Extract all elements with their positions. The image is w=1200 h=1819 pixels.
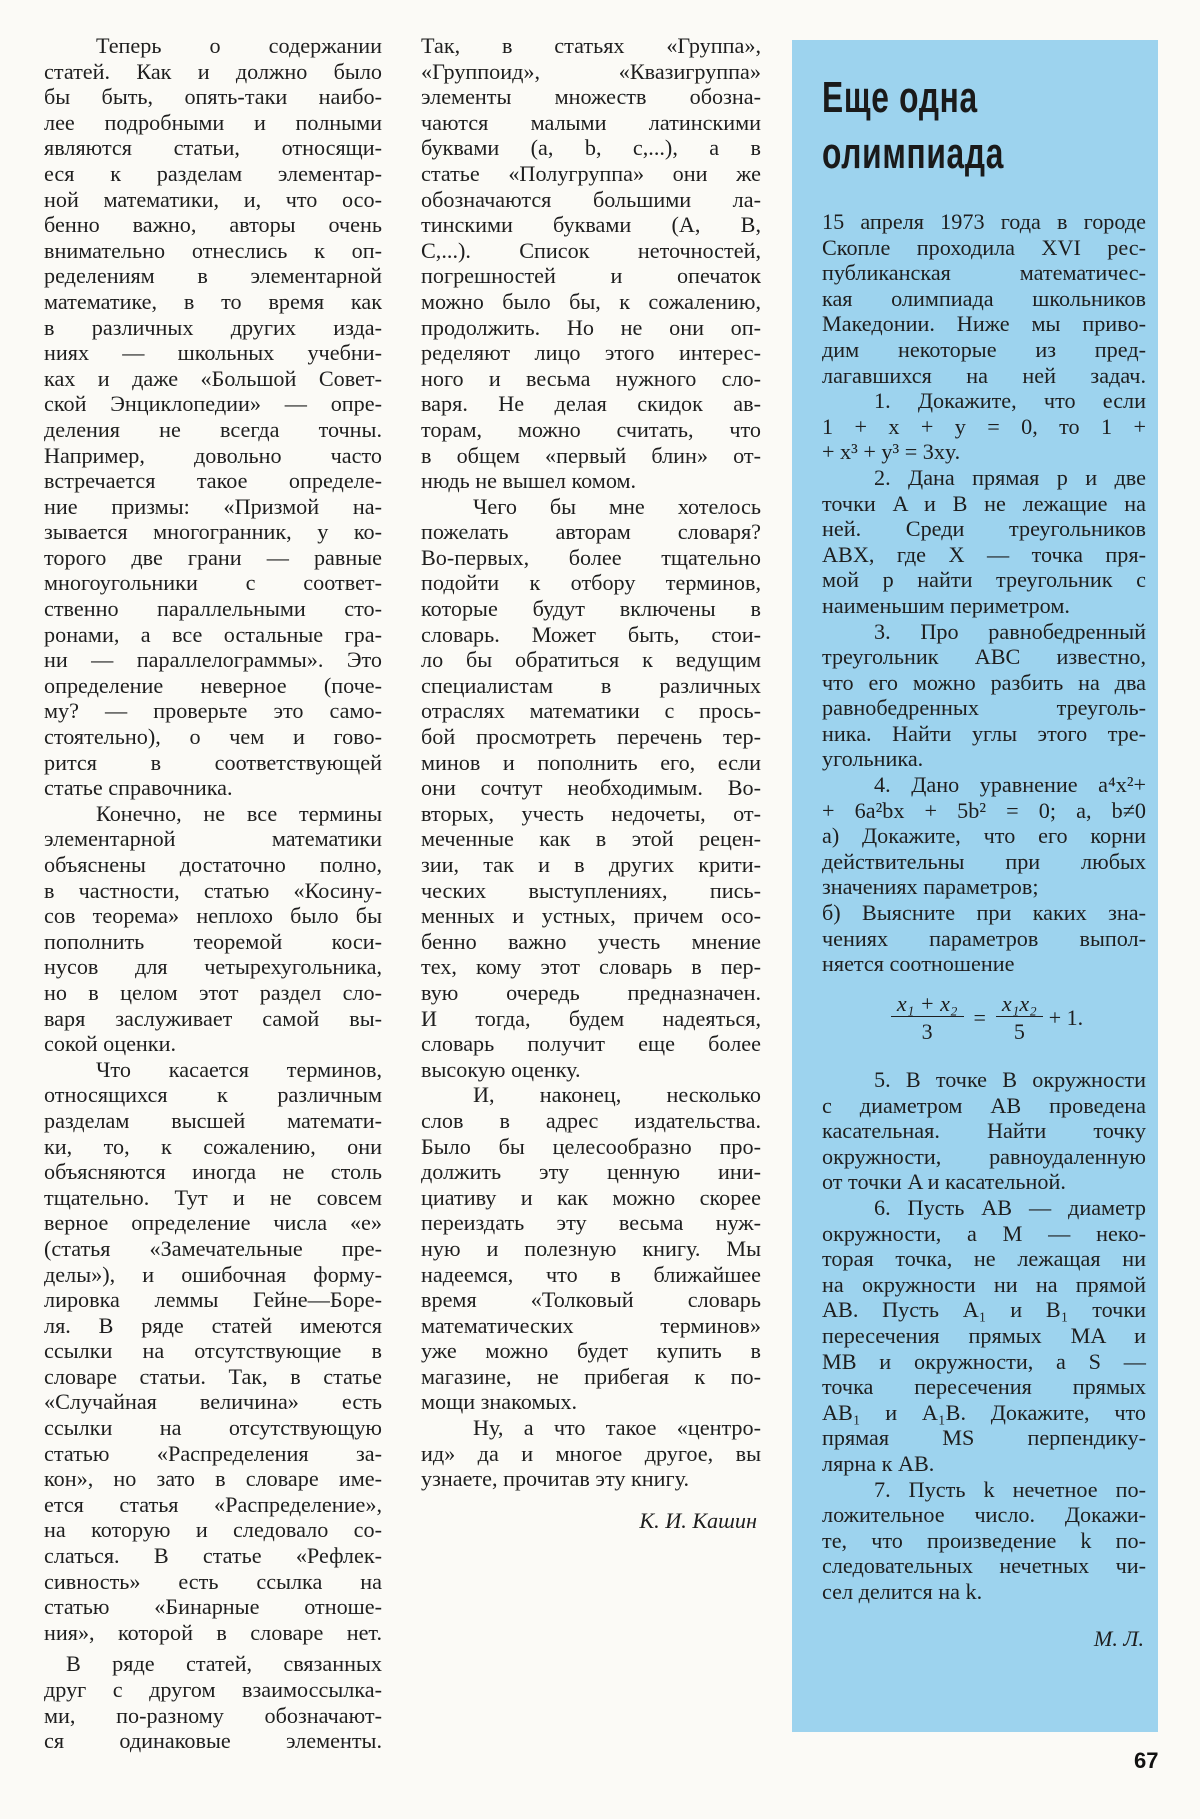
text-line: C,...). Список неточностей, (421, 238, 761, 264)
text-line: ределениям в элементарной (44, 263, 382, 289)
text-line: на окружности ни на прямой (822, 1272, 1146, 1298)
text-line: торая точка, не лежащая ни (822, 1246, 1146, 1272)
text-line: должить эту ценную ини- (421, 1159, 761, 1185)
text-line: бенно важно, авторы очень (44, 212, 382, 238)
formula-left-fraction: x₁ + x₂ 3 (891, 991, 964, 1045)
text-line: узнаете, прочитав эту книгу. (421, 1466, 761, 1492)
text-line: пожелать авторам словаря? (421, 519, 761, 545)
text-line: от точки A и касательной. (822, 1169, 1146, 1195)
text-line: Так, в статьях «Группа», (421, 33, 761, 59)
text-line: математических терминов» (421, 1313, 761, 1339)
text-line: б) Выясните при каких зна- (822, 900, 1146, 926)
text-line: слаться. В статье «Рефлек- (44, 1543, 382, 1569)
text-line: публиканская математичес- (822, 260, 1146, 286)
text-line: те, что произведение k по- (822, 1528, 1146, 1554)
text-line: треугольник ABC известно, (822, 644, 1146, 670)
text-line: статей. Как и должно было (44, 59, 382, 85)
text-line: ного и весьма нужного сло- (421, 366, 761, 392)
text-line: 3. Про равнобедренный (822, 619, 1146, 645)
text-line: действительны при любых (822, 849, 1146, 875)
text-line: минов и пополнить его, если (421, 750, 761, 776)
text-line: 7. Пусть k нечетное по- (822, 1477, 1146, 1503)
formula-right-numerator: x₁x₂ (996, 991, 1043, 1018)
text-line: пересечения прямых MA и (822, 1323, 1146, 1349)
problem-4-formula: x₁ + x₂ 3 = x₁x₂ 5 + 1. (822, 991, 1146, 1045)
text-line: вторых, учесть недочеты, от- (421, 801, 761, 827)
text-line: ческих выступлениях, пись- (421, 878, 761, 904)
text-line: окружности, равноудаленную (822, 1144, 1146, 1170)
text-line: ется статья «Распределение», (44, 1492, 382, 1518)
text-line: следовательных нечетных чи- (822, 1553, 1146, 1579)
text-line: ложительное число. Докажи- (822, 1502, 1146, 1528)
text-line: + x³ + y³ = 3xy. (822, 439, 1146, 465)
text-line: ную и полезную книгу. Мы (421, 1236, 761, 1262)
text-line: что его можно разбить на два (822, 670, 1146, 696)
text-line: + 6a²bx + 5b² = 0; a, b≠0 (822, 798, 1146, 824)
text-line: стоятельно), о чем и гово- (44, 724, 382, 750)
text-line: (статья «Замечательные пре- (44, 1236, 382, 1262)
text-line: вую очередь предназначен. (421, 980, 761, 1006)
text-line: 2. Дана прямая p и две (822, 465, 1146, 491)
text-line: ственно параллельными сто- (44, 596, 382, 622)
formula-left-denominator: 3 (922, 1017, 933, 1045)
text-line: друг с другом взаимоссылка- (44, 1677, 382, 1703)
text-line: разделам высшей математи- (44, 1108, 382, 1134)
formula-right-fraction: x₁x₂ 5 (996, 991, 1043, 1045)
text-line: значениях параметров; (822, 874, 1146, 900)
text-line: наименьшим периметром. (822, 593, 1146, 619)
text-line: еся к разделам элементар- (44, 161, 382, 187)
text-line: угольника. (822, 746, 1146, 772)
text-line: торого две грани — равные (44, 545, 382, 571)
text-line: Македонии. Ниже мы приво- (822, 311, 1146, 337)
text-line: И, наконец, несколько (421, 1082, 761, 1108)
formula-right-denominator: 5 (1014, 1017, 1025, 1045)
text-line: Ну, а что такое «центро- (421, 1415, 761, 1441)
sidebar-title: Еще одна олимпиада (822, 70, 1004, 182)
text-line: подойти к отбору терминов, (421, 570, 761, 596)
text-line: точки A и B не лежащие на (822, 491, 1146, 517)
text-line: варя. Не делая скидок ав- (421, 391, 761, 417)
text-line: тех, кому этот словарь в пер- (421, 954, 761, 980)
text-line: ках и даже «Большой Совет- (44, 366, 382, 392)
text-line: ние призмы: «Призмой на- (44, 494, 382, 520)
text-line: с диаметром AB проведена (822, 1093, 1146, 1119)
text-line: ни — параллелограммы». Это (44, 647, 382, 673)
text-line: «Группоид», «Квазигруппа» (421, 59, 761, 85)
text-line: менных и устных, причем осо- (421, 903, 761, 929)
text-line: кон», но зато в словаре име- (44, 1466, 382, 1492)
text-line: сокой оценки. (44, 1031, 382, 1057)
formula-equals: = (974, 1005, 986, 1031)
text-line: магазине, не прибегая к по- (421, 1364, 761, 1390)
text-line: бенно важно учесть мнение (421, 929, 761, 955)
text-line: отраслях математики с прось- (421, 698, 761, 724)
text-line: му? — проверьте это само- (44, 698, 382, 724)
text-line: буквами (a, b, c,...), а в (421, 135, 761, 161)
text-line: внимательно отнеслись к оп- (44, 238, 382, 264)
text-line: ABX, где X — точка пря- (822, 542, 1146, 568)
text-line: равнобедренных треуголь- (822, 695, 1146, 721)
text-line: 6. Пусть AB — диаметр (822, 1195, 1146, 1221)
text-line: относящихся к различным (44, 1082, 382, 1108)
sidebar-title-line-1: Еще одна (822, 70, 1004, 126)
text-line: AB. Пусть A₁ и B₁ точки (822, 1297, 1146, 1323)
sidebar-signature: М. Л. (822, 1626, 1146, 1652)
text-line: рится в соответствующей (44, 750, 382, 776)
text-line: В ряде статей, связанных (44, 1651, 382, 1677)
text-line: точка пересечения прямых (822, 1374, 1146, 1400)
text-line: но в целом этот раздел сло- (44, 980, 382, 1006)
text-line: зии, так и в других крити- (421, 852, 761, 878)
text-line: 1. Докажите, что если (822, 388, 1146, 414)
text-line: надеемся, что в ближайшее (421, 1262, 761, 1288)
text-line: AB₁ и A₁B. Докажите, что (822, 1400, 1146, 1426)
text-line: которые будут включены в (421, 596, 761, 622)
text-line: ной математики, и, что осо- (44, 187, 382, 213)
text-line: ло бы обратиться к ведущим (421, 647, 761, 673)
text-line: уже можно будет купить в (421, 1338, 761, 1364)
text-line: бой просмотреть перечень тер- (421, 724, 761, 750)
text-line: Чего бы мне хотелось (421, 494, 761, 520)
text-line: ника. Найти углы этого тре- (822, 721, 1146, 747)
text-line: ской Энциклопедии» — опре- (44, 391, 382, 417)
text-line: 4. Дано уравнение a⁴x²+ (822, 772, 1146, 798)
text-line: слов в адрес издательства. (421, 1108, 761, 1134)
text-line: встречается такое определе- (44, 468, 382, 494)
text-line: лее подробными и полными (44, 110, 382, 136)
page-number: 67 (1134, 1748, 1158, 1774)
text-line: лярна к AB. (822, 1451, 1146, 1477)
text-line: ки, то, к сожалению, они (44, 1134, 382, 1160)
text-line: деления не всегда точны. (44, 417, 382, 443)
text-line: сивность» есть ссылка на (44, 1569, 382, 1595)
text-line: ней. Среди треугольников (822, 516, 1146, 542)
text-line: верное определение числа «e» (44, 1210, 382, 1236)
text-line: лировка леммы Гейне—Боре- (44, 1287, 382, 1313)
text-line: ределяют лицо этого интерес- (421, 340, 761, 366)
text-line: высокую оценку. (421, 1057, 761, 1083)
text-line: многоугольники с соответ- (44, 570, 382, 596)
sidebar-title-line-2: олимпиада (822, 126, 1004, 182)
text-line: MB и окружности, а S — (822, 1349, 1146, 1375)
text-line: касательная. Найти точку (822, 1118, 1146, 1144)
text-line: Скопле проходила XVI рес- (822, 235, 1146, 261)
text-line: ид» да и многое другое, вы (421, 1441, 761, 1467)
text-line: меченные как в этой рецен- (421, 826, 761, 852)
sidebar-intro-and-problems-1-4: 15 апреля 1973 года в городеСкопле прохо… (822, 209, 1146, 977)
formula-left-numerator: x₁ + x₂ (891, 991, 964, 1018)
olympiad-sidebar: Еще одна олимпиада 15 апреля 1973 года в… (792, 40, 1158, 1732)
text-line: а) Докажите, что его корни (822, 823, 1146, 849)
text-line: ся одинаковые элементы. (44, 1728, 382, 1754)
text-line: мой p найти треугольник с (822, 567, 1146, 593)
text-line: Конечно, не все термины (44, 801, 382, 827)
text-line: нусов для четырехугольника, (44, 954, 382, 980)
article-left-column: Теперь о содержаниистатей. Как и должно … (44, 33, 382, 1754)
text-line: тщательно. Тут и не совсем (44, 1185, 382, 1211)
text-line: ми, по-разному обозначают- (44, 1703, 382, 1729)
text-line: словарь получит еще более (421, 1031, 761, 1057)
text-line: сов теорема» неплохо было бы (44, 903, 382, 929)
text-line: дим некоторые из пред- (822, 337, 1146, 363)
text-line: ниях — школьных учебни- (44, 340, 382, 366)
text-line: кая олимпиада школьников (822, 286, 1146, 312)
text-line: обозначаются большими ла- (421, 187, 761, 213)
text-line: специалистам в различных (421, 673, 761, 699)
text-line: статью «Бинарные отноше- (44, 1594, 382, 1620)
text-line: окружности, а M — неко- (822, 1221, 1146, 1247)
text-line: чениях параметров выпол- (822, 926, 1146, 952)
formula-tail: + 1. (1049, 1005, 1083, 1031)
text-line: в общем «первый блин» от- (421, 443, 761, 469)
text-line: варя заслуживает самой вы- (44, 1006, 382, 1032)
text-line: Было бы целесообразно про- (421, 1134, 761, 1160)
text-line: время «Толковый словарь (421, 1287, 761, 1313)
text-line: можно было бы, к сожалению, (421, 289, 761, 315)
text-line: мощи знакомых. (421, 1389, 761, 1415)
text-line: сел делится на k. (822, 1579, 1146, 1605)
text-line: элементы множеств обозна- (421, 84, 761, 110)
text-line: ссылки на отсутствующую (44, 1415, 382, 1441)
article-middle-column: Так, в статьях «Группа»,«Группоид», «Ква… (421, 33, 761, 1533)
text-line: чаются малыми латинскими (421, 110, 761, 136)
text-line: зывается многогранник, у ко- (44, 519, 382, 545)
text-line: Например, довольно часто (44, 443, 382, 469)
text-line: статье «Полугруппа» они же (421, 161, 761, 187)
text-line: Что касается терминов, (44, 1057, 382, 1083)
sidebar-text: 15 апреля 1973 года в городеСкопле прохо… (822, 209, 1146, 1652)
text-line: математике, в то время как (44, 289, 382, 315)
text-line: пополнить теоремой коси- (44, 929, 382, 955)
text-line: объяснены достаточно полно, (44, 852, 382, 878)
text-line: объясняются иногда не столь (44, 1159, 382, 1185)
text-line: они сочтут необходимым. Во- (421, 775, 761, 801)
text-line: элементарной математики (44, 826, 382, 852)
text-line: погрешностей и опечаток (421, 263, 761, 289)
text-line: няется соотношение (822, 951, 1146, 977)
text-line: бы быть, опять-таки наибо- (44, 84, 382, 110)
text-line: «Случайная величина» есть (44, 1389, 382, 1415)
text-line: тинскими буквами (A, B, (421, 212, 761, 238)
text-line: Во-первых, более тщательно (421, 545, 761, 571)
text-line: 15 апреля 1973 года в городе (822, 209, 1146, 235)
text-line: ронами, а все остальные гра- (44, 622, 382, 648)
text-line: И тогда, будем надеяться, (421, 1006, 761, 1032)
text-line: определение неверное (поче- (44, 673, 382, 699)
text-line: ля. В ряде статей имеются (44, 1313, 382, 1339)
text-line: Теперь о содержании (44, 33, 382, 59)
text-line: лагавшихся на ней задач. (822, 363, 1146, 389)
sidebar-problems-5-7: 5. В точке B окружностис диаметром AB пр… (822, 1067, 1146, 1604)
text-line: нюдь не вышел комом. (421, 468, 761, 494)
author-signature: К. И. Кашин (421, 1508, 761, 1534)
text-line: прямая MS перпендику- (822, 1425, 1146, 1451)
text-line: 1 + x + y = 0, то 1 + (822, 414, 1146, 440)
text-line: статье справочника. (44, 775, 382, 801)
text-line: словарь. Может быть, стои- (421, 622, 761, 648)
text-line: торам, можно считать, что (421, 417, 761, 443)
text-line: статью «Распределения за- (44, 1441, 382, 1467)
text-line: 5. В точке B окружности (822, 1067, 1146, 1093)
text-line: переиздать эту весьма нуж- (421, 1210, 761, 1236)
text-line: продолжить. Но не они оп- (421, 315, 761, 341)
text-line: ния», которой в словаре нет. (44, 1620, 382, 1646)
text-line: циативу и как можно скорее (421, 1185, 761, 1211)
middle-column-text: Так, в статьях «Группа»,«Группоид», «Ква… (421, 33, 761, 1492)
text-line: ссылки на отсутствующие в (44, 1338, 382, 1364)
text-line: являются статьи, относящи- (44, 135, 382, 161)
text-line: словаре статьи. Так, в статье (44, 1364, 382, 1390)
text-line: делы»), и ошибочная форму- (44, 1262, 382, 1288)
text-line: в различных других изда- (44, 315, 382, 341)
text-line: на которую и следовало со- (44, 1517, 382, 1543)
text-line: в частности, статью «Косину- (44, 878, 382, 904)
